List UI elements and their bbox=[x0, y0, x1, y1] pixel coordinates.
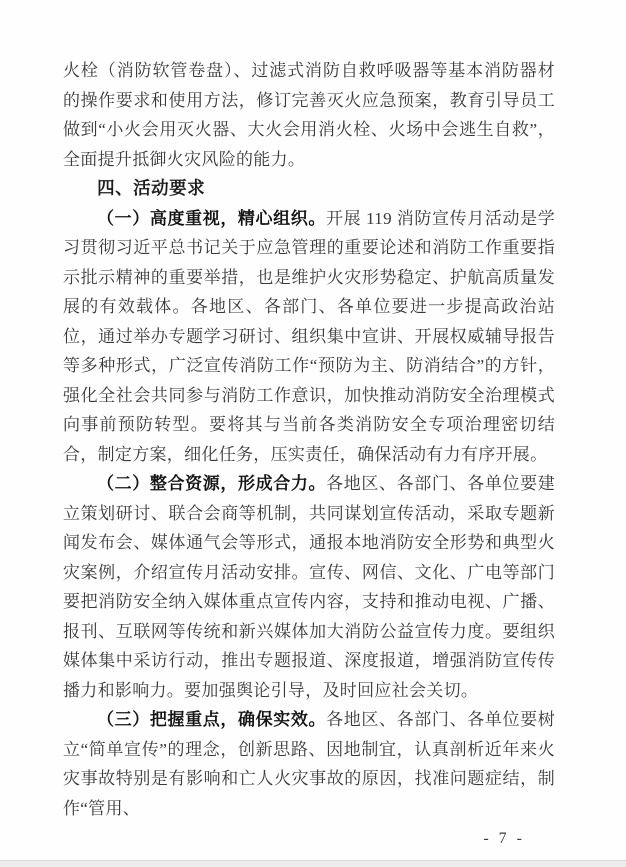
document-page: 火栓（消防软管卷盘）、过滤式消防自救呼吸器等基本消防器材的操作要求和使用方法，修… bbox=[0, 0, 626, 867]
document-content: 火栓（消防软管卷盘）、过滤式消防自救呼吸器等基本消防器材的操作要求和使用方法，修… bbox=[63, 56, 555, 851]
paragraph-body: 各地区、各部门、各单位要建立策划研讨、联合会商等机制，共同谋划宣传活动，采取专题… bbox=[63, 474, 555, 700]
paragraph-body: 开展 119 消防宣传月活动是学习贯彻习近平总书记关于应急管理的重要论述和消防工… bbox=[63, 209, 555, 464]
page-number: - 7 - bbox=[63, 827, 555, 851]
paragraph-continuation-text: 火栓（消防软管卷盘）、过滤式消防自救呼吸器等基本消防器材的操作要求和使用方法，修… bbox=[63, 61, 555, 169]
paragraph-lead: （三）把握重点，确保实效。 bbox=[97, 710, 326, 729]
section-heading: 四、活动要求 bbox=[63, 174, 555, 204]
paragraph-item-3: （三）把握重点，确保实效。各地区、各部门、各单位要树立“简单宣传”的理念，创新思… bbox=[63, 705, 555, 823]
paragraph-lead: （二）整合资源，形成合力。 bbox=[97, 474, 326, 493]
paragraph-continuation: 火栓（消防软管卷盘）、过滤式消防自救呼吸器等基本消防器材的操作要求和使用方法，修… bbox=[63, 56, 555, 174]
scan-bottom-edge bbox=[0, 860, 626, 867]
paragraph-item-1: （一）高度重视，精心组织。开展 119 消防宣传月活动是学习贯彻习近平总书记关于… bbox=[63, 204, 555, 470]
paragraph-lead: （一）高度重视，精心组织。 bbox=[97, 209, 326, 228]
paragraph-item-2: （二）整合资源，形成合力。各地区、各部门、各单位要建立策划研讨、联合会商等机制，… bbox=[63, 469, 555, 705]
